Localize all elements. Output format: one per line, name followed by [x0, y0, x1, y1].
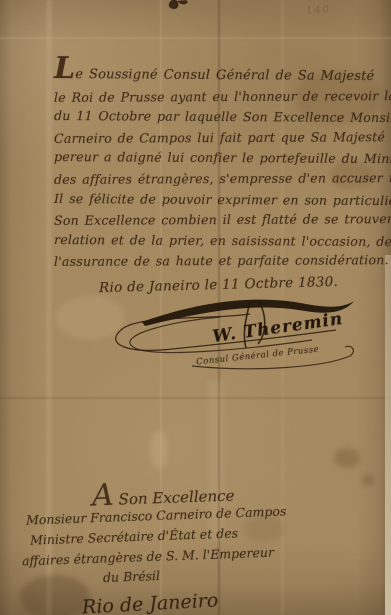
letter-line: Carneiro de Campos lui fait part que Sa … [54, 127, 391, 149]
letter-line: l'assurance de sa haute et parfaite cons… [54, 250, 391, 272]
letter-line: du 11 Octobre par laquelle Son Excellenc… [54, 106, 391, 129]
letter-line: pereur a daigné lui confier le portefeui… [54, 147, 391, 170]
letter-line: Il se félicite de pouvoir exprimer en so… [54, 189, 391, 212]
letter-line: Son Excellence combien il est flatté de … [54, 209, 391, 231]
letter-line: relation et de la prier, en saisissant l… [54, 230, 391, 253]
top-ink-mark [163, 0, 189, 12]
letter-line: le Roi de Prusse ayant eu l'honneur de r… [54, 86, 391, 108]
address-line: du Brésil [103, 568, 160, 585]
letter-line: des affaires étrangères, s'empresse d'en… [54, 168, 391, 190]
letter-body: Le Soussigné Consul Général de Sa Majest… [54, 60, 391, 272]
folio-number: 140 [306, 4, 332, 17]
document-scan: 140 Le Soussigné Consul Général de Sa Ma… [0, 0, 391, 615]
letter-line: Le Soussigné Consul Général de Sa Majest… [54, 59, 391, 88]
